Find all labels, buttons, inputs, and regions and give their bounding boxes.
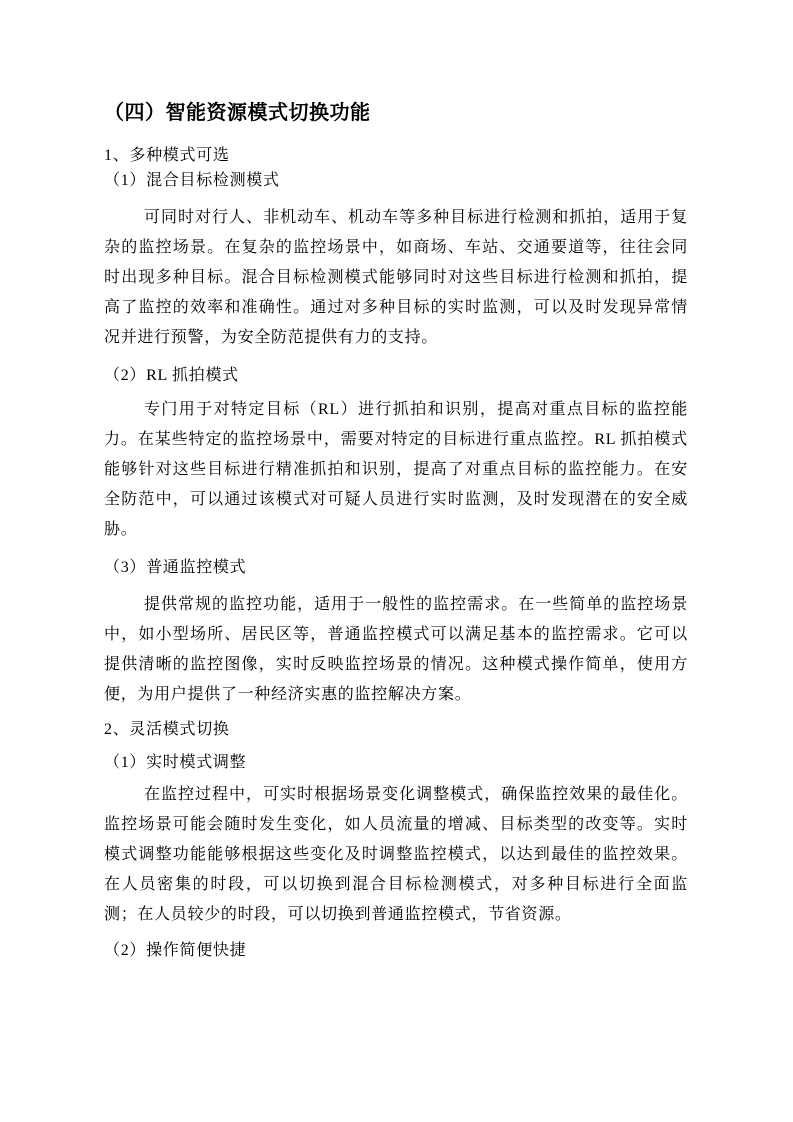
heading-easy-operation: （2）操作简便快捷 [104, 941, 688, 961]
paragraph-realtime-mode-adjust: 在监控过程中，可实时根据场景变化调整模式，确保监控效果的最佳化。监控场景可能会随… [104, 780, 688, 930]
paragraph-rl-capture-mode: 专门用于对特定目标（RL）进行抓拍和识别，提高对重点目标的监控能力。在某些特定的… [104, 395, 688, 545]
document-page: （四）智能资源模式切换功能 1、多种模式可选 （1）混合目标检测模式 可同时对行… [0, 0, 793, 1122]
heading-multi-modes: 1、多种模式可选 [104, 146, 688, 166]
heading-mixed-target-mode: （1）混合目标检测模式 [104, 171, 688, 191]
paragraph-normal-monitor-mode: 提供常规的监控功能，适用于一般性的监控需求。在一些简单的监控场景中，如小型场所、… [104, 590, 688, 710]
heading-realtime-mode-adjust: （1）实时模式调整 [104, 753, 688, 773]
paragraph-mixed-target-mode: 可同时对行人、非机动车、机动车等多种目标进行检测和抓拍，适用于复杂的监控场景。在… [104, 203, 688, 353]
heading-flexible-mode-switch: 2、灵活模式切换 [104, 720, 688, 740]
document-content: （四）智能资源模式切换功能 1、多种模式可选 （1）混合目标检测模式 可同时对行… [104, 0, 688, 961]
heading-normal-monitor-mode: （3）普通监控模式 [104, 558, 688, 578]
document-title: （四）智能资源模式切换功能 [104, 101, 688, 126]
heading-rl-capture-mode: （2）RL 抓拍模式 [104, 366, 688, 386]
